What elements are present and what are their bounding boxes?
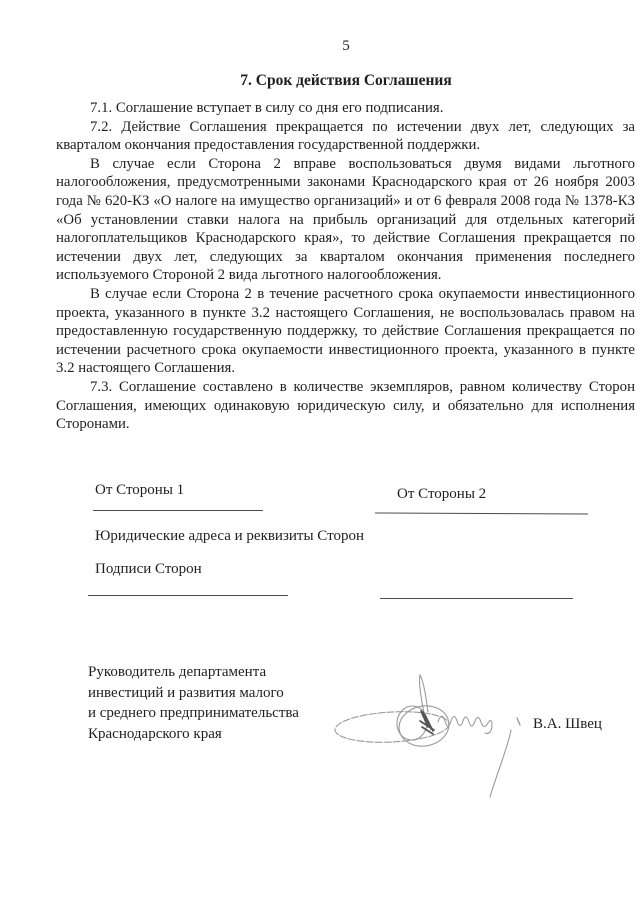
- signer-title-line: и среднего предпринимательства: [88, 703, 299, 724]
- document-page: 5 7. Срок действия Соглашения 7.1. Согла…: [0, 0, 640, 905]
- party1-label: От Стороны 1: [95, 482, 184, 499]
- signer-title-line: Руководитель департамента: [88, 662, 299, 683]
- signatures-label: Подписи Сторон: [95, 561, 202, 578]
- paragraph-7-2: 7.2. Действие Соглашения прекращается по…: [56, 118, 635, 155]
- bottom-left-signature-line: [88, 595, 288, 596]
- party2-signature-line: [375, 512, 588, 514]
- paragraph-tax-benefits: В случае если Сторона 2 вправе воспользо…: [56, 155, 635, 285]
- paragraph-7-1: 7.1. Соглашение вступает в силу со дня е…: [56, 99, 635, 118]
- signer-title-line: Краснодарского края: [88, 724, 299, 745]
- page-number: 5: [56, 38, 636, 55]
- section-body: 7.1. Соглашение вступает в силу со дня е…: [56, 99, 635, 434]
- party2-label: От Стороны 2: [397, 486, 486, 503]
- legal-addresses-label: Юридические адреса и реквизиты Сторон: [95, 528, 364, 545]
- paragraph-payback-period: В случае если Сторона 2 в течение расчет…: [56, 285, 635, 378]
- bottom-right-signature-line: [380, 598, 573, 599]
- party1-signature-line: [93, 510, 263, 511]
- signer-title-line: инвестиций и развития малого: [88, 683, 299, 704]
- paragraph-7-3: 7.3. Соглашение составлено в количестве …: [56, 378, 635, 434]
- signer-name: В.А. Швец: [533, 716, 602, 733]
- handwritten-signature-scribble: [325, 655, 535, 805]
- section-heading: 7. Срок действия Соглашения: [56, 72, 636, 90]
- signer-title: Руководитель департамента инвестиций и р…: [88, 662, 299, 744]
